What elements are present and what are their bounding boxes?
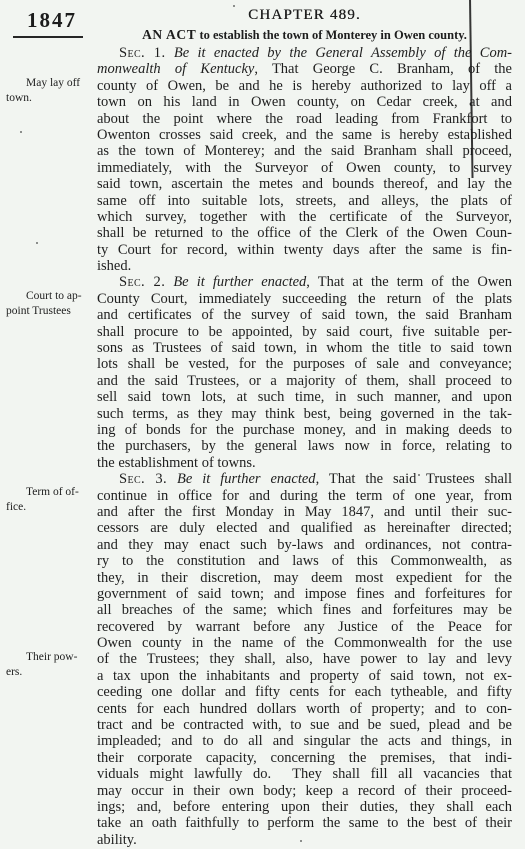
body-text: ability. — [97, 832, 137, 848]
section-label: Sec. 1. — [119, 45, 166, 61]
text-line: same off into suitable lots, streets, an… — [97, 193, 512, 209]
text-column: CHAPTER 489. AN ACT to establish the tow… — [97, 5, 512, 848]
body-text: continue in office for and during the te… — [97, 488, 512, 504]
year-label: 1847 — [27, 8, 77, 33]
body-text: the establishment of towns. — [97, 455, 256, 471]
margin-note-line: fice. — [6, 500, 95, 515]
text-line: take an oath faithfully to perform the s… — [97, 815, 512, 831]
text-line: town on his land in Owen county, on Ceda… — [97, 94, 512, 110]
body-text: ceeding one dollar and fifty cents for e… — [97, 684, 512, 700]
margin-note-line: Court to ap- — [6, 289, 95, 304]
body-text: a tax upon the inhabitants and property … — [97, 668, 512, 684]
body-text: government of said town; and impose fine… — [97, 586, 512, 602]
text-line: said town, ascertain the metes and bound… — [97, 176, 512, 192]
body-text: sell said town lots, at such time, in su… — [97, 389, 512, 405]
year-underline-rule — [13, 36, 83, 38]
scan-speck — [300, 840, 302, 842]
scan-speck — [418, 474, 420, 476]
body-text: and after the first Monday in May 1847, … — [97, 504, 512, 520]
act-title: AN ACT to establish the town of Monterey… — [97, 25, 512, 45]
text-line: Sec. 2. Be it further enacted, That at t… — [97, 274, 512, 290]
margin-note-line: point Trustees — [6, 304, 95, 319]
body-text: may occur in their own body; keep a reco… — [97, 783, 512, 799]
enacting-clause-text: monwealth of Kentucky — [97, 61, 254, 77]
text-line: such terms, as they may think best, bein… — [97, 406, 512, 422]
text-line: Sec. 3. Be it further enacted, That the … — [97, 471, 512, 487]
body-text: the purchasers, by the general laws now … — [97, 438, 512, 454]
statute-page: 1847 CHAPTER 489. AN ACT to establish th… — [0, 0, 525, 849]
body-text: cents for each hundred dollars worth of … — [97, 701, 512, 717]
margin-note: May lay offtown. — [6, 76, 95, 105]
text-line: Owenton crosses said creek, and the same… — [97, 127, 512, 143]
text-line: about the point where the road leading f… — [97, 111, 512, 127]
section-3: Sec. 3. Be it further enacted, That the … — [97, 471, 512, 848]
text-line: all breaches of the same; which fines an… — [97, 602, 512, 618]
text-line: the purchasers, by the general laws now … — [97, 438, 512, 454]
margin-note: Term of of-fice. — [6, 485, 95, 514]
text-line: monwealth of Kentucky, That George C. Br… — [97, 61, 512, 77]
text-line: may occur in their own body; keep a reco… — [97, 783, 512, 799]
body-text: viduals might lawfully do. They shall fi… — [97, 766, 512, 782]
body-text: sons as Trustees of said town, in whom t… — [97, 340, 512, 356]
text-line: ty Court for record, within twenty days … — [97, 242, 512, 258]
text-line: impleaded; and to do all and singular th… — [97, 733, 512, 749]
margin-note-line: Term of of- — [6, 485, 95, 500]
text-line: sell said town lots, at such time, in su… — [97, 389, 512, 405]
body-text: their corporate capacity, concerning the… — [97, 750, 512, 766]
text-line: tract and be contracted with, to sue and… — [97, 717, 512, 733]
text-line: ings; and, before entering upon their du… — [97, 799, 512, 815]
body-text: said town, ascertain the metes and bound… — [97, 176, 512, 192]
scan-speck — [233, 5, 235, 7]
text-line: they, in their discretion, may deem most… — [97, 570, 512, 586]
text-line: and certificates of the survey of said t… — [97, 307, 512, 323]
body-text: of the Trustees; they shall, also, have … — [97, 651, 512, 667]
body-text: ished. — [97, 258, 131, 274]
text-line: cents for each hundred dollars worth of … — [97, 701, 512, 717]
body-text: tract and be contracted with, to sue and… — [97, 717, 512, 733]
act-title-lead: AN ACT — [142, 27, 196, 42]
enacting-clause-text: Be it enacted by the General Assembly of… — [174, 45, 512, 61]
margin-note: Their pow-ers. — [6, 650, 95, 679]
text-line: and the said Trustees, or a majority of … — [97, 373, 512, 389]
body-text: which survey, together with the certific… — [97, 209, 512, 225]
text-line: as the town of Monterey; and the said Br… — [97, 143, 512, 159]
body-text: shall be returned to the office of the C… — [97, 225, 512, 241]
body-text — [166, 45, 174, 61]
text-line: sons as Trustees of said town, in whom t… — [97, 340, 512, 356]
body-text: ing of bonds for the purchase money, and… — [97, 422, 512, 438]
text-line: ceeding one dollar and fifty cents for e… — [97, 684, 512, 700]
text-line: a tax upon the inhabitants and property … — [97, 668, 512, 684]
body-text: they, in their discretion, may deem most… — [97, 570, 512, 586]
text-line: cessors are duly elected and qualified a… — [97, 520, 512, 536]
chapter-heading: CHAPTER 489. — [97, 5, 512, 25]
body-text: as the town of Monterey; and the said Br… — [97, 143, 512, 159]
body-text: county of Owen, be and he is hereby auth… — [97, 78, 512, 94]
text-line: Sec. 1. Be it enacted by the General Ass… — [97, 45, 512, 61]
text-line: lots shall be vested, for the purposes o… — [97, 356, 512, 372]
body-text: and they may enact such by-laws and ordi… — [97, 537, 512, 553]
body-text: County Court, immediately succeeding the… — [97, 291, 512, 307]
margin-note-line: Their pow- — [6, 650, 95, 665]
body-text — [167, 471, 177, 487]
text-line: their corporate capacity, concerning the… — [97, 750, 512, 766]
body-text: , That the said Trustees shall — [316, 471, 512, 487]
body-text: immediately, with the Surveyor of Owen c… — [97, 160, 512, 176]
body-text: ings; and, before entering upon their du… — [97, 799, 512, 815]
body-text: same off into suitable lots, streets, an… — [97, 193, 512, 209]
body-text: such terms, as they may think best, bein… — [97, 406, 512, 422]
text-line: Owen county in the name of the Commonwea… — [97, 635, 512, 651]
section-2: Sec. 2. Be it further enacted, That at t… — [97, 274, 512, 471]
text-line: and after the first Monday in May 1847, … — [97, 504, 512, 520]
body-text: Owen county in the name of the Commonwea… — [97, 635, 512, 651]
scan-speck — [36, 242, 38, 244]
text-line: the establishment of towns. — [97, 455, 512, 471]
text-line: immediately, with the Surveyor of Owen c… — [97, 160, 512, 176]
text-line: which survey, together with the certific… — [97, 209, 512, 225]
text-line: county of Owen, be and he is hereby auth… — [97, 78, 512, 94]
body-text: lots shall be vested, for the purposes o… — [97, 356, 512, 372]
text-line: shall be returned to the office of the C… — [97, 225, 512, 241]
scan-speck — [20, 131, 22, 133]
enacting-clause-text: Be it further enacted — [173, 274, 306, 290]
body-text: recovered by warrant before any Justice … — [97, 619, 512, 635]
body-text: and certificates of the survey of said t… — [97, 307, 512, 323]
margin-note-line: May lay off — [6, 76, 95, 91]
body-text: shall procure to be appointed, by said c… — [97, 324, 512, 340]
section-label: Sec. 2. — [119, 274, 165, 290]
body-text: , That at the term of the Owen — [306, 274, 512, 290]
text-line: continue in office for and during the te… — [97, 488, 512, 504]
act-sections: Sec. 1. Be it enacted by the General Ass… — [97, 45, 512, 848]
section-label: Sec. 3. — [119, 471, 167, 487]
margin-note: Court to ap-point Trustees — [6, 289, 95, 318]
text-line: ing of bonds for the purchase money, and… — [97, 422, 512, 438]
body-text: about the point where the road leading f… — [97, 111, 512, 127]
text-line: of the Trustees; they shall, also, have … — [97, 651, 512, 667]
body-text: cessors are duly elected and qualified a… — [97, 520, 512, 536]
text-line: ry to the constitution and laws of this … — [97, 553, 512, 569]
act-title-rest: to establish the town of Monterey in Owe… — [196, 28, 467, 42]
text-line: ability. — [97, 832, 512, 848]
text-line: government of said town; and impose fine… — [97, 586, 512, 602]
enacting-clause-text: Be it further enacted — [177, 471, 316, 487]
margin-note-line: town. — [6, 91, 95, 106]
margin-note-line: ers. — [6, 665, 95, 680]
body-text: ty Court for record, within twenty days … — [97, 242, 512, 258]
text-line: County Court, immediately succeeding the… — [97, 291, 512, 307]
text-line: recovered by warrant before any Justice … — [97, 619, 512, 635]
body-text: town on his land in Owen county, on Ceda… — [97, 94, 512, 110]
body-text: Owenton crosses said creek, and the same… — [97, 127, 512, 143]
text-line: ished. — [97, 258, 512, 274]
body-text: take an oath faithfully to perform the s… — [97, 815, 512, 831]
body-text: impleaded; and to do all and singular th… — [97, 733, 512, 749]
text-line: viduals might lawfully do. They shall fi… — [97, 766, 512, 782]
body-text: , That George C. Branham, of the — [254, 61, 512, 77]
body-text: and the said Trustees, or a majority of … — [97, 373, 512, 389]
section-1: Sec. 1. Be it enacted by the General Ass… — [97, 45, 512, 274]
body-text: all breaches of the same; which fines an… — [97, 602, 512, 618]
body-text: ry to the constitution and laws of this … — [97, 553, 512, 569]
text-line: shall procure to be appointed, by said c… — [97, 324, 512, 340]
text-line: and they may enact such by-laws and ordi… — [97, 537, 512, 553]
